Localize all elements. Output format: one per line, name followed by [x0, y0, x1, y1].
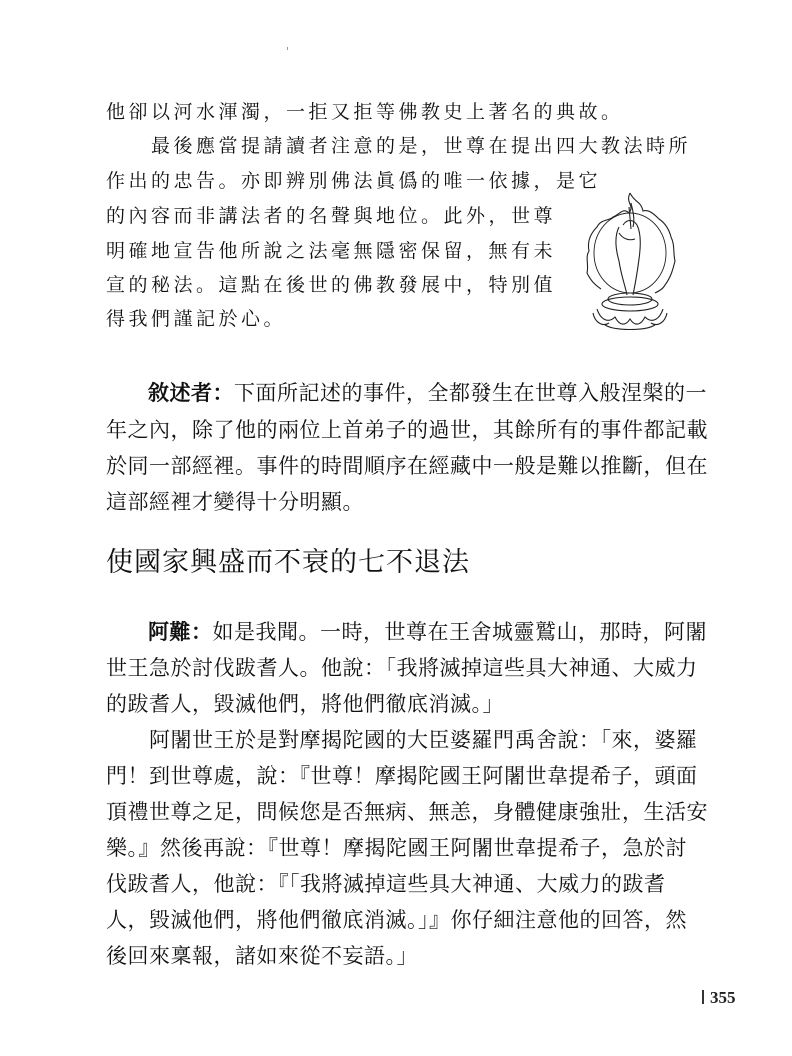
page-number: 355 [702, 988, 736, 1008]
buddha-hand-on-lotus-icon [575, 185, 685, 335]
narrator-line: 年之內，除了他的兩位上首弟子的過世，其餘所有的事件都記載 [106, 414, 708, 444]
ananda-line: 世王急於討伐跋耆人。他說：「我將滅掉這些具大神通、大威力 [106, 652, 698, 682]
text-line: 他卻以河水渾濁，一拒又拒等佛教史上著名的典故。 [106, 97, 624, 124]
speaker-label: 阿難： [148, 620, 213, 644]
text-line: 宣的秘法。這點在後世的佛教發展中，特別值 [106, 270, 556, 297]
narrator-line: 於同一部經裡。事件的時間順序在經藏中一般是難以推斷，但在 [106, 450, 708, 480]
ananda-line: 阿難：如是我聞。一時，世尊在王舍城靈鷲山，那時，阿闍 [106, 616, 707, 646]
body-line: 頂禮世尊之足，問候您是否無病、無恙，身體健康強壯，生活安 [106, 796, 708, 826]
page-number-divider [702, 990, 704, 1004]
body-line: 樂。』然後再說：『世尊！摩揭陀國王阿闍世韋提希子，急於討 [106, 832, 687, 862]
book-page: 他卻以河水渾濁，一拒又拒等佛教史上著名的典故。 最後應當提請讀者注意的是，世尊在… [0, 0, 792, 1056]
body-line: 阿闍世王於是對摩揭陀國的大臣婆羅門禹舍說：「來，婆羅 [106, 724, 698, 754]
ananda-line: 的跋耆人，毀滅他們，將他們徹底消滅。」 [106, 688, 504, 718]
body-line: 伐跋耆人，他說：『「我將滅掉這些具大神通、大威力的跋耆 [106, 868, 666, 898]
text-line: 明確地宣告他所說之法毫無隱密保留，無有未 [106, 236, 556, 263]
text-line: 最後應當提請讀者注意的是，世尊在提出四大教法時所 [106, 131, 691, 158]
text-line: 的內容而非講法者的名聲與地位。此外，世尊 [106, 201, 556, 228]
scan-speck [287, 47, 288, 50]
narrator-line: 敘述者：下面所記述的事件，全都發生在世尊入般涅槃的一 [106, 377, 707, 407]
body-line: 後回來稟報，諸如來從不妄語。」 [106, 940, 418, 970]
speaker-label: 敘述者： [148, 381, 234, 405]
section-heading: 使國家興盛而不衰的七不退法 [106, 540, 470, 579]
narrator-line: 這部經裡才變得十分明顯。 [106, 486, 364, 516]
text-line: 作出的忠告。亦即辨別佛法眞僞的唯一依據，是它 [106, 166, 601, 193]
body-line: 人，毀滅他們，將他們徹底消滅。」』你仔細注意他的回答，然 [106, 904, 687, 934]
body-line: 門！到世尊處，說：『世尊！摩揭陀國王阿闍世韋提希子，頭面 [106, 760, 698, 790]
text-line: 得我們謹記於心。 [106, 304, 286, 331]
